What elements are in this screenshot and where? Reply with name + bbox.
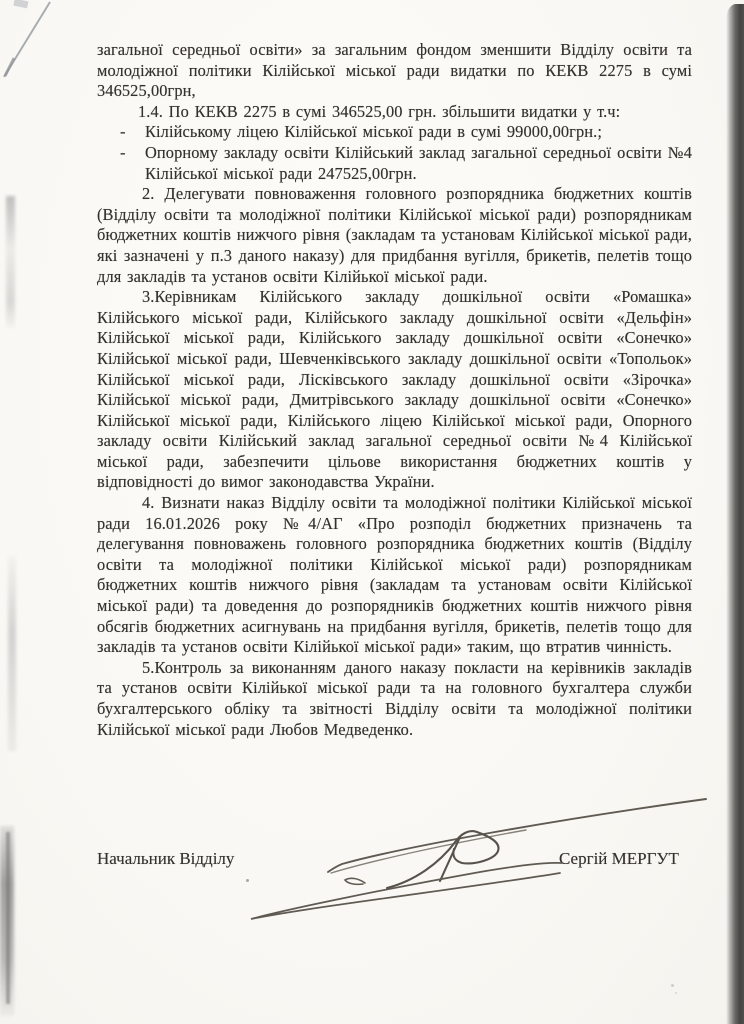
dash-marker: - bbox=[120, 143, 126, 164]
scan-speck bbox=[246, 879, 249, 882]
document-body: загальної середньої освіти» за загальним… bbox=[0, 0, 744, 740]
list-item-text: Опорному закладу освіти Кілійський закла… bbox=[145, 143, 692, 184]
page-corner-fold-line bbox=[0, 0, 90, 100]
list-item: - Опорному закладу освіти Кілійський зак… bbox=[97, 143, 692, 184]
scan-smudge bbox=[6, 196, 15, 328]
scan-smudge bbox=[8, 556, 16, 751]
section-4-paragraph: 4. Визнати наказ Відділу освіти та молод… bbox=[97, 493, 692, 658]
handwritten-signature-icon bbox=[228, 793, 712, 943]
section-2-paragraph: 2. Делегувати повноваження головного роз… bbox=[97, 184, 692, 287]
scanner-edge-band bbox=[726, 4, 744, 1024]
paragraph-continuation: загальної середньої освіти» за загальним… bbox=[97, 40, 692, 102]
scan-speck bbox=[675, 992, 677, 994]
clause-1-4: 1.4. По КЕКВ 2275 в сумі 346525,00 грн. … bbox=[97, 102, 692, 123]
section-3-paragraph: 3.Керівникам Кілійського закладу дошкіль… bbox=[97, 287, 692, 493]
scan-smudge bbox=[6, 832, 10, 1004]
signatory-position-title: Начальник Відділу bbox=[97, 849, 234, 869]
list-item: - Кілійському ліцею Кілійської міської р… bbox=[97, 122, 692, 143]
section-5-paragraph: 5.Контроль за виконанням даного наказу п… bbox=[97, 658, 692, 740]
scanned-document-page: загальної середньої освіти» за загальним… bbox=[0, 0, 744, 1024]
scan-speck bbox=[671, 984, 674, 987]
dash-marker: - bbox=[120, 122, 126, 143]
list-item-text: Кілійському ліцею Кілійської міської рад… bbox=[145, 122, 692, 143]
